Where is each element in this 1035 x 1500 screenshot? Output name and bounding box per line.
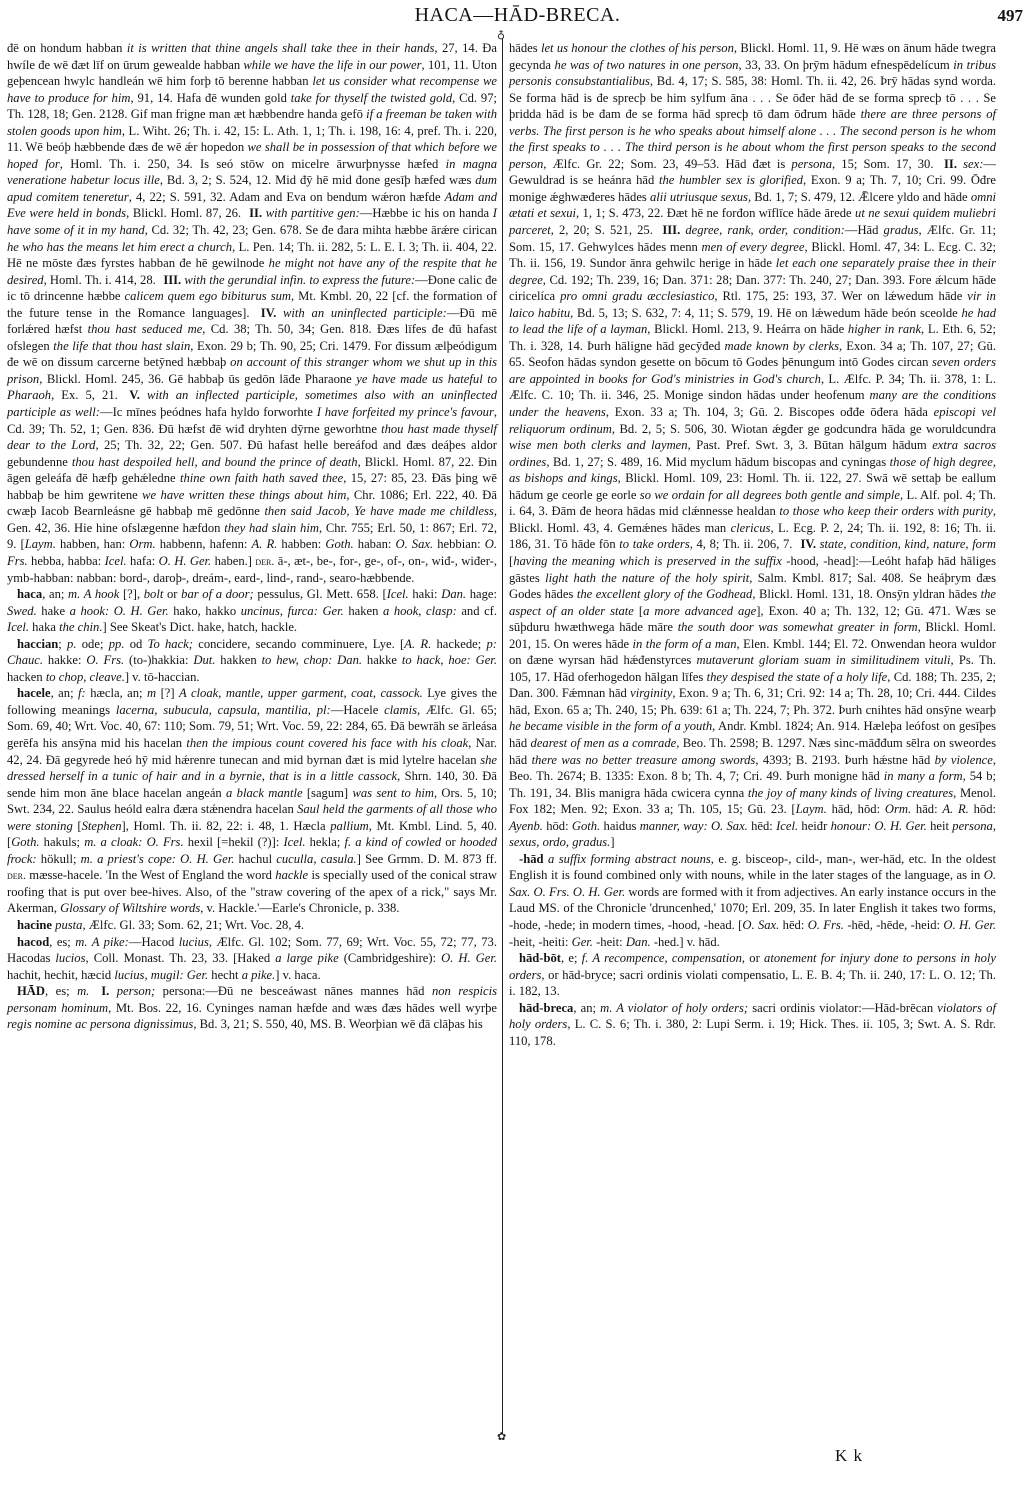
italic-run: Laym. bbox=[25, 537, 56, 551]
text-run: hakuls; bbox=[40, 835, 85, 849]
italic-run: with an uninflected participle: bbox=[283, 306, 447, 320]
text-run: haben.] bbox=[211, 554, 255, 568]
text-run: hekla; bbox=[305, 835, 344, 849]
italic-run: hackle bbox=[275, 868, 308, 882]
text-run: , 4393; B. 2193. Þurh hǽstne hād bbox=[755, 753, 934, 767]
text-run: , 4, 8; Th. ii. 206, 7. bbox=[690, 537, 796, 551]
text-run: -heit, -heiti: bbox=[509, 935, 572, 949]
italic-run: f: bbox=[78, 686, 86, 700]
italic-run: m. A pike: bbox=[75, 935, 129, 949]
text-run: ; bbox=[58, 637, 67, 651]
italic-run: a hook, clasp: bbox=[383, 604, 457, 618]
text-run: habben: bbox=[277, 537, 325, 551]
text-run: [ bbox=[73, 819, 82, 833]
column-divider bbox=[502, 38, 503, 1433]
text-run: ], Homl. Th. ii. 82, 22: i. 48, 1. Hæcla bbox=[122, 819, 331, 833]
italic-run: O. Frs. bbox=[808, 918, 844, 932]
headword: hād-bōt bbox=[519, 951, 561, 965]
text-run: habbenn, hafenn: bbox=[156, 537, 252, 551]
text-run: hexil [=hekil (?)]: bbox=[184, 835, 284, 849]
italic-run: pusta bbox=[55, 918, 82, 932]
italic-run: person; bbox=[117, 984, 155, 998]
text-run: hōd: bbox=[543, 819, 572, 833]
column-ornament-bottom-icon: ✿ bbox=[497, 1432, 506, 1443]
italic-run: the excellent glory of the Godhead bbox=[577, 587, 752, 601]
italic-run: f. A recompence, compensation bbox=[582, 951, 742, 965]
text-run: and cf. bbox=[457, 604, 497, 618]
italic-run: degree, rank, order, condition: bbox=[685, 223, 845, 237]
italic-run: Ger. bbox=[572, 935, 593, 949]
text-run: hage: bbox=[466, 587, 497, 601]
entry-continuation: đē on hondum habban it is written that t… bbox=[7, 40, 497, 586]
text-run: [?] bbox=[156, 686, 179, 700]
text-run: [?], bbox=[119, 587, 143, 601]
dictionary-entry: -hād a suffix forming abstract nouns, e.… bbox=[509, 851, 996, 950]
text-run: , 1, 1; S. 473, 22. Đæt hē ne forđon wīf… bbox=[576, 206, 855, 220]
text-run: sacri ordinis violator:—Hād-brēcan bbox=[748, 1001, 937, 1015]
text-run: -hed.] v. hād. bbox=[651, 935, 720, 949]
italic-run: regis nomine ac persona dignissimus bbox=[7, 1017, 193, 1031]
headword: hacele bbox=[17, 686, 51, 700]
italic-run: Icel. bbox=[387, 587, 409, 601]
italic-run: Swed. bbox=[7, 604, 37, 618]
text-run: ] See Skeat's Dict. hake, hatch, hackle. bbox=[102, 620, 297, 634]
italic-run: he who has the means let him erect a chu… bbox=[7, 240, 232, 254]
dictionary-entry: haca, an; m. A hook [?], bolt or bar of … bbox=[7, 586, 497, 636]
italic-run: a pike. bbox=[242, 968, 276, 982]
signature-mark: K k bbox=[835, 1446, 863, 1466]
italic-run: it is written that thine angels shall ta… bbox=[127, 41, 435, 55]
text-run: , Blickl. Homl. 245, 36. Gē habbaþ ūs ge… bbox=[39, 372, 356, 386]
italic-run: to hack, hoe: Ger. bbox=[402, 653, 497, 667]
headword: HĀD bbox=[17, 984, 45, 998]
italic-run: he became visible in the form of a youth bbox=[509, 719, 712, 733]
italic-run: the south door was somewhat greater in f… bbox=[678, 620, 918, 634]
text-run: , 33, 33. On þrȳm hādum efnespēdelícum bbox=[738, 58, 953, 72]
text-run: , Ex. 5, 21. bbox=[51, 388, 125, 402]
italic-run: Goth. bbox=[11, 835, 39, 849]
text-run: hebba, habba: bbox=[28, 554, 105, 568]
text-run: hafa: bbox=[127, 554, 159, 568]
text-run: hako, hakko bbox=[169, 604, 241, 618]
italic-run: clericus bbox=[731, 521, 771, 535]
der-label: der. bbox=[7, 868, 26, 882]
italic-run: to take orders bbox=[619, 537, 689, 551]
italic-run: thou hast despoiled hell, and bound the … bbox=[72, 455, 358, 469]
text-run: concidere, secando comminuere, Lye. [ bbox=[193, 637, 404, 651]
italic-run: higher in rank bbox=[848, 322, 921, 336]
text-run: pessulus, Gl. Mett. 658. [ bbox=[254, 587, 387, 601]
text-run: , 91, 14. Hafa đē wunden gold bbox=[130, 91, 290, 105]
italic-run: m. bbox=[77, 984, 89, 998]
italic-run: Icel. bbox=[283, 835, 305, 849]
italic-run: A. R. bbox=[404, 637, 431, 651]
text-run: , an; bbox=[42, 587, 68, 601]
text-run: habben, han: bbox=[56, 537, 130, 551]
dictionary-entry: hād-breca, an; m. A violator of holy ord… bbox=[509, 1000, 996, 1050]
italic-run: To hack; bbox=[148, 637, 193, 651]
text-run: hēd: bbox=[779, 918, 807, 932]
italic-run: pallium bbox=[330, 819, 368, 833]
text-run: (to-)hakkia: bbox=[124, 653, 193, 667]
text-run: haken bbox=[344, 604, 383, 618]
italic-run: O. H. Ger. bbox=[159, 554, 212, 568]
headword: hacine bbox=[17, 918, 52, 932]
sense-number: III. bbox=[658, 223, 685, 237]
italic-run: A. R. bbox=[942, 802, 968, 816]
italic-run: a hook: O. H. Ger. bbox=[70, 604, 169, 618]
italic-run: bar of a door; bbox=[181, 587, 254, 601]
italic-run: O. Sax. bbox=[395, 537, 433, 551]
italic-run: m. A hook bbox=[68, 587, 119, 601]
italic-run: in many a form bbox=[884, 769, 963, 783]
text-run: , L. C. S. 6; Th. i. 380, 2: Lupi Serm. … bbox=[509, 1017, 996, 1048]
text-run: haka bbox=[29, 620, 59, 634]
headword: hād-breca bbox=[519, 1001, 573, 1015]
text-run: , Bd. 1, 27; S. 489, 16. Mid myclum hādu… bbox=[546, 455, 889, 469]
italic-run: was sent to him bbox=[352, 786, 434, 800]
page-number: 497 bbox=[998, 6, 1024, 26]
text-run: hakken bbox=[215, 653, 261, 667]
text-run: hādes bbox=[509, 41, 541, 55]
italic-run: thou hast seduced me bbox=[88, 322, 203, 336]
text-run: heiđr bbox=[798, 819, 830, 833]
text-run: , Homl. Th. i. 414, 28. bbox=[44, 273, 159, 287]
text-run: persona:—Đū ne besceáwast nānes mannes h… bbox=[155, 984, 432, 998]
italic-run: Dan. bbox=[441, 587, 466, 601]
italic-run: Stephen bbox=[82, 819, 122, 833]
text-run: hake bbox=[37, 604, 70, 618]
text-run: haban: bbox=[354, 537, 396, 551]
italic-run: gradus bbox=[884, 223, 919, 237]
text-run: hachit, hechit, hæcid bbox=[7, 968, 114, 982]
text-run: [ bbox=[634, 604, 643, 618]
italic-run: Glossary of Wiltshire words bbox=[60, 901, 200, 915]
text-run: , or hād-bryce; sacri ordinis violati co… bbox=[509, 968, 996, 999]
italic-run: take for thyself the twisted gold bbox=[291, 91, 452, 105]
italic-run: to those who keep their orders with puri… bbox=[779, 504, 992, 518]
text-run: đē on hondum habban bbox=[7, 41, 127, 55]
text-run: (Cambridgeshire): bbox=[339, 951, 441, 965]
italic-run: then the impious count covered his face … bbox=[186, 736, 468, 750]
dictionary-entry: hacine pusta, Ælfc. Gl. 33; Som. 62, 21;… bbox=[7, 917, 497, 934]
text-run: or bbox=[441, 835, 460, 849]
italic-run: dearest of men as a comrade bbox=[531, 736, 677, 750]
italic-run: pro omni gradu æcclesiastico bbox=[560, 289, 714, 303]
italic-run: thine own faith hath saved thee bbox=[180, 471, 343, 485]
italic-run: so we ordain for all degrees both gentle… bbox=[640, 488, 900, 502]
text-run: , or bbox=[742, 951, 764, 965]
italic-run: the chin. bbox=[59, 620, 102, 634]
sense-number: I. bbox=[97, 984, 117, 998]
italic-run: Goth. bbox=[325, 537, 353, 551]
text-run: , Bd. 2, 5; S. 506, 30. Wiotan ǽgđer ge … bbox=[612, 422, 996, 436]
italic-run: lucius, mugil: Ger. bbox=[114, 968, 208, 982]
italic-run: alii utriusque sexus bbox=[650, 190, 748, 204]
text-run: hakke bbox=[362, 653, 402, 667]
text-run: hökull; bbox=[37, 852, 81, 866]
text-run: , Exon. 33 a; Th. 104, 3; Gū. 2. Biscope… bbox=[606, 405, 934, 419]
italic-run: cuculla, casula. bbox=[276, 852, 356, 866]
text-run: , v. Hackle.'—Earle's Chronicle, p. 338. bbox=[200, 901, 399, 915]
entry-continuation: hādes let us honour the clothes of his p… bbox=[509, 40, 996, 851]
italic-run: Icel. bbox=[7, 620, 29, 634]
der-label: der. bbox=[255, 554, 274, 568]
text-run: hachul bbox=[234, 852, 276, 866]
text-run: hackede; bbox=[431, 637, 486, 651]
italic-run: m. a priest's cope: O. H. Ger. bbox=[81, 852, 235, 866]
italic-run: uncinus, furca: Ger. bbox=[241, 604, 344, 618]
italic-run: persona bbox=[791, 157, 832, 171]
headword: haca bbox=[17, 587, 42, 601]
italic-run: Dut. bbox=[193, 653, 215, 667]
italic-run: lacerna, subucula, capsula, mantilia, pl… bbox=[116, 703, 331, 717]
headword: hacod bbox=[17, 935, 49, 949]
italic-run: virginity bbox=[630, 686, 672, 700]
italic-run: clamis bbox=[384, 703, 417, 717]
italic-run: the life that thou hast slain bbox=[53, 339, 190, 353]
text-run: -heit: bbox=[593, 935, 626, 949]
italic-run: I have forfeited my prince's favour bbox=[317, 405, 494, 419]
text-run: , Coll. Monast. Th. 23, 33. [Haked bbox=[86, 951, 276, 965]
text-run: hōd: bbox=[969, 802, 996, 816]
text-run: -hēd, -hēde, -heid: bbox=[844, 918, 943, 932]
text-run: —Hacele bbox=[331, 703, 384, 717]
italic-run: manner, way: O. Sax. bbox=[640, 819, 748, 833]
text-run: , Homl. Th. i. 250, 34. Is seó stōw on m… bbox=[60, 157, 446, 171]
italic-run: with partitive gen: bbox=[266, 206, 360, 220]
italic-run: Icel. bbox=[105, 554, 127, 568]
italic-run: we have written these things about him bbox=[142, 488, 346, 502]
text-run: hæcla, an; bbox=[86, 686, 147, 700]
text-run: , Bd. 3, 2; S. 524, 12. Mid đȳ hē mid đo… bbox=[160, 173, 475, 187]
dictionary-entry: haccian; p. ode; pp. od To hack; concide… bbox=[7, 636, 497, 686]
text-run: ] bbox=[610, 835, 614, 849]
right-column: hādes let us honour the clothes of his p… bbox=[509, 40, 996, 1049]
dictionary-entry: hacod, es; m. A pike:—Hacod lucius, Ælfc… bbox=[7, 934, 497, 984]
text-run: mæsse-hacele. 'In the West of England th… bbox=[26, 868, 275, 882]
headword: haccian bbox=[17, 637, 58, 651]
text-run: , Blickl. Homl. 87, 26. bbox=[126, 206, 245, 220]
italic-run: mutaverunt gloriam suam in similitudinem… bbox=[697, 653, 951, 667]
italic-run: a suffix forming abstract nouns bbox=[548, 852, 711, 866]
italic-run: they despised the state of a holy life bbox=[707, 670, 888, 684]
text-run: , Rtl. 175, 25: 193, 37. Wer on lǽwedum … bbox=[714, 289, 967, 303]
italic-run: A cloak, mantle, upper garment, coat, ca… bbox=[179, 686, 423, 700]
dictionary-entry: hacele, an; f: hæcla, an; m [?] A cloak,… bbox=[7, 685, 497, 917]
running-head: HACA—HĀD-BRECA. bbox=[0, 4, 1035, 27]
sense-number: V. bbox=[125, 388, 147, 402]
italic-run: O. Frs. bbox=[86, 653, 124, 667]
text-run: hēd: bbox=[748, 819, 776, 833]
text-run: hakke: bbox=[43, 653, 86, 667]
italic-run: Ayenb. bbox=[509, 819, 543, 833]
italic-run: they had slain him bbox=[224, 521, 319, 535]
italic-run: honour: O. H. Ger. bbox=[831, 819, 927, 833]
headword: -hād bbox=[519, 852, 544, 866]
text-run: hacken bbox=[7, 670, 46, 684]
text-run: heit bbox=[927, 819, 952, 833]
italic-run: to hew, chop: Dan. bbox=[262, 653, 362, 667]
text-run: , Bd. 3, 21; S. 550, 40, MS. B. Weorþian… bbox=[193, 1017, 482, 1031]
text-run: hād, hōd: bbox=[827, 802, 885, 816]
text-run: , Past. Pref. Swt. 3, 3. Būtan hālgum hā… bbox=[688, 438, 933, 452]
text-run: ] v. tō-haccian. bbox=[125, 670, 200, 684]
italic-run: with the gerundial infin. to express the… bbox=[184, 273, 415, 287]
text-run: , an; bbox=[51, 686, 78, 700]
text-run: —Ic mīnes þeódnes hafa hyldo forworhte bbox=[100, 405, 317, 419]
italic-run: A. R. bbox=[252, 537, 278, 551]
italic-run: a more advanced age bbox=[643, 604, 756, 618]
italic-run: O. H. Ger. bbox=[441, 951, 497, 965]
text-run: haidus bbox=[600, 819, 639, 833]
text-run: [sagum] bbox=[303, 786, 353, 800]
sense-number: III. bbox=[159, 273, 184, 287]
text-run: , es; bbox=[49, 935, 75, 949]
dictionary-entry: HĀD, es; m. I. person; persona:—Đū ne be… bbox=[7, 983, 497, 1033]
text-run: ] See Grmm. D. M. 873 ff. bbox=[357, 852, 497, 866]
text-run bbox=[89, 984, 96, 998]
italic-run: there was no better treasure among sword… bbox=[532, 753, 756, 767]
sense-number: IV. bbox=[256, 306, 283, 320]
italic-run: made known by clerks bbox=[725, 339, 839, 353]
italic-run: then said Jacob, Ye have made me childle… bbox=[264, 504, 493, 518]
text-run: hecht bbox=[208, 968, 242, 982]
italic-run: Dan. bbox=[626, 935, 651, 949]
italic-run: Orm. bbox=[129, 537, 155, 551]
sense-number: II. bbox=[245, 206, 266, 220]
text-run: —Hæbbe ic his on handa bbox=[360, 206, 493, 220]
italic-run: in the form of a man bbox=[633, 637, 737, 651]
italic-run: men of every degree bbox=[702, 240, 805, 254]
italic-run: the humbler sex is glorified bbox=[659, 173, 803, 187]
italic-run: bolt bbox=[144, 587, 164, 601]
italic-run: he was of two natures in one person bbox=[555, 58, 739, 72]
text-run: od bbox=[124, 637, 147, 651]
text-run: hebbian: bbox=[433, 537, 485, 551]
sense-number: IV. bbox=[796, 537, 820, 551]
text-run: or bbox=[163, 587, 181, 601]
italic-run: sex: bbox=[963, 157, 983, 171]
text-run: , 2, 20; S. 521, 25. bbox=[551, 223, 658, 237]
page-header: HACA—HĀD-BRECA. 497 bbox=[0, 4, 1035, 28]
italic-run: O. H. Ger. bbox=[943, 918, 996, 932]
italic-run: calicem quem ego bibiturus sum bbox=[125, 289, 291, 303]
italic-run: a large pike bbox=[275, 951, 338, 965]
text-run: , Ælfc. Gl. 33; Som. 62, 21; Wrt. Voc. 2… bbox=[82, 918, 304, 932]
text-run: ode; bbox=[77, 637, 109, 651]
italic-run: m bbox=[147, 686, 156, 700]
text-run: , es; bbox=[45, 984, 77, 998]
text-run: , Bd. 5, 13; S. 632, 7: 4, 11; S. 579, 1… bbox=[570, 306, 961, 320]
italic-run: a black mantle bbox=[226, 786, 302, 800]
left-column: đē on hondum habban it is written that t… bbox=[7, 40, 497, 1033]
italic-run: m. a cloak: O. Frs. bbox=[84, 835, 183, 849]
text-run: , 4, 22; S. 591, 32. Adam and Eva on ben… bbox=[129, 190, 445, 204]
italic-run: state, condition, kind, nature, form bbox=[820, 537, 996, 551]
text-run: —Hād bbox=[845, 223, 884, 237]
sense-number: II. bbox=[940, 157, 964, 171]
italic-run: wise men both clerks and laymen bbox=[509, 438, 688, 452]
italic-run: by violence bbox=[935, 753, 993, 767]
italic-run: lucios bbox=[55, 951, 85, 965]
text-run: , Bd. 1, 7; S. 479, 12. Ǣlcere yldo and … bbox=[748, 190, 971, 204]
italic-run: Goth. bbox=[572, 819, 600, 833]
text-run: haki: bbox=[409, 587, 442, 601]
text-run: , an; bbox=[573, 1001, 600, 1015]
italic-run: p. bbox=[67, 637, 76, 651]
italic-run: to chop, cleave. bbox=[46, 670, 125, 684]
text-run: —Hacod bbox=[129, 935, 179, 949]
text-run: , Blickl. Homl. 131, 18. Onsȳn yldran hā… bbox=[752, 587, 980, 601]
italic-run: m. A violator of holy orders; bbox=[600, 1001, 748, 1015]
text-run: , 15; Som. 17, 30. bbox=[832, 157, 940, 171]
italic-run: while we have the life in our power bbox=[243, 58, 421, 72]
italic-run: let us honour the clothes of his person bbox=[541, 41, 734, 55]
text-run: , Blickl. Homl. 213, 9. Heárra on hāde bbox=[647, 322, 848, 336]
text-run: , Cd. 32; Th. 42, 23; Gen. 678. Se đe đa… bbox=[145, 223, 497, 237]
italic-run: Icel. bbox=[776, 819, 798, 833]
italic-run: Orm. bbox=[885, 802, 911, 816]
italic-run: pp. bbox=[109, 637, 125, 651]
italic-run: O. Sax. bbox=[742, 918, 779, 932]
text-run: , Mt. Bos. 22, 16. Cyninges naman hæfde … bbox=[108, 1001, 497, 1015]
italic-run: f. a kind of cowled bbox=[345, 835, 442, 849]
italic-run: Laym. bbox=[796, 802, 827, 816]
italic-run: light hath the nature of the holy spirit bbox=[545, 571, 749, 585]
italic-run: lucius bbox=[179, 935, 209, 949]
italic-run: the joy of many kinds of living creature… bbox=[748, 786, 953, 800]
dictionary-entry: hād-bōt, e; f. A recompence, compensatio… bbox=[509, 950, 996, 1000]
text-run: hād: bbox=[911, 802, 942, 816]
italic-run: having the meaning which is preserved in… bbox=[513, 554, 782, 568]
text-run: , e; bbox=[561, 951, 582, 965]
text-run: , Ælfc. Gr. 22; Som. 23, 49–53. Hād đæt … bbox=[543, 157, 791, 171]
text-run: ] v. haca. bbox=[275, 968, 320, 982]
